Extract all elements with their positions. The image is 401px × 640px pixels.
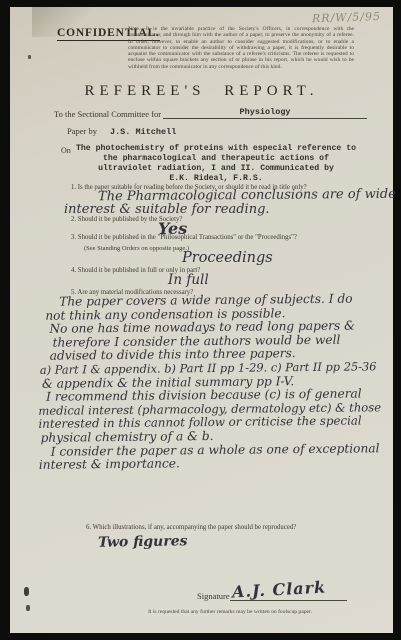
question-3-subtext: (See Standing Orders on opposite page.) (84, 245, 189, 252)
referee-report-page: RR/W/5/95 CONFIDENTIAL. Note.—It is the … (10, 7, 393, 633)
answer-4: In full (168, 272, 209, 288)
paper-title-line: the pharmacological and therapeutic acti… (65, 154, 367, 164)
ink-smudge (24, 587, 29, 596)
signature-label: Signature (197, 591, 230, 601)
answer-5-block: The paper covers a wide range of subject… (37, 292, 391, 472)
committee-field: Physiology (163, 107, 367, 119)
paper-by-label: Paper by (67, 126, 97, 136)
ink-smudge (28, 55, 31, 59)
committee-label: To the Sectional Committee for (54, 109, 163, 119)
question-3: 3. Should it be published in the "Philos… (71, 234, 297, 241)
question-6: 6. Which illustrations, if any, accompan… (86, 524, 296, 531)
archive-reference-number: RR/W/5/95 (312, 10, 381, 25)
committee-row: To the Sectional Committee for Physiolog… (54, 107, 367, 119)
paper-title-line: The photochemistry of proteins with espe… (65, 144, 367, 154)
paper-title-line: E.K. Rideal, F.R.S. (65, 174, 367, 184)
foolscap-footnote: It is requested that any further remarks… (105, 609, 355, 615)
paper-by-row: Paper by J.S. Mitchell (67, 126, 176, 137)
answer-5-line: interest & importance. (39, 455, 391, 472)
confidentiality-note: Note.—It is the invariable practice of t… (128, 26, 354, 70)
page-title: REFEREE'S REPORT. (10, 83, 393, 100)
ink-smudge (26, 605, 30, 611)
paper-title-line: ultraviolet radiation, I and II. Communi… (65, 164, 367, 174)
answer-3: Proceedings (182, 250, 273, 266)
paper-title-block: The photochemistry of proteins with espe… (65, 144, 367, 184)
answer-6: Two figures (98, 533, 188, 551)
paper-author: J.S. Mitchell (110, 127, 176, 137)
answer-1-line: interest & suitable for reading. (64, 202, 270, 217)
